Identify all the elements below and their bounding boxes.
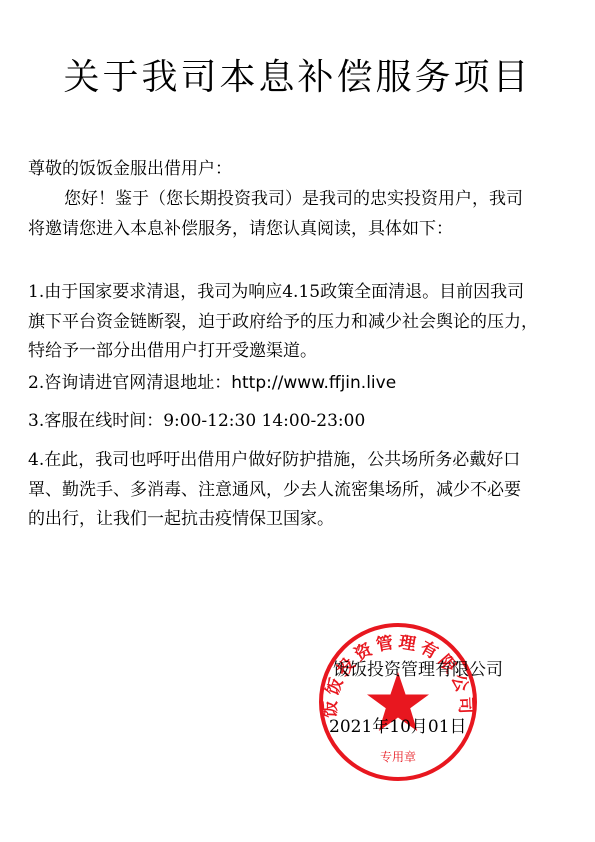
item-4-line-1: 4.在此，我司也呼吁出借用户做好防护措施，公共场所务必戴好口: [28, 446, 573, 475]
item-2: 2.咨询请进官网清退地址：http://www.ffjin.live: [28, 369, 573, 398]
item-4-line-2: 罩、勤洗手、多消毒、注意通风，少去人流密集场所，减少不必要: [28, 476, 573, 505]
item-4-line-3: 的出行，让我们一起抗击疫情保卫国家。: [28, 505, 573, 534]
salutation: 尊敬的饭饭金服出借用户：: [28, 155, 573, 184]
page-title: 关于我司本息补偿服务项目: [0, 52, 595, 104]
company-seal-icon: 饭饭投资管理有限公司 专用章: [318, 622, 478, 782]
item-1-line-3: 特给予一部分出借用户打开受邀渠道。: [28, 337, 573, 366]
item-3: 3.客服在线时间：9:00-12:30 14:00-23:00: [28, 407, 573, 436]
signature-date: 2021年10月01日: [329, 712, 467, 737]
svg-text:专用章: 专用章: [380, 749, 416, 764]
website-link[interactable]: http://www.ffjin.live: [231, 373, 396, 393]
signature-company: 饭饭投资管理有限公司: [333, 655, 503, 680]
intro-line-2: 将邀请您进入本息补偿服务，请您认真阅读，具体如下：: [28, 215, 573, 244]
item-1-line-1: 1.由于国家要求清退，我司为响应4.15政策全面清退。目前因我司: [28, 278, 573, 307]
item-2-label: 2.咨询请进官网清退地址：: [28, 373, 231, 393]
intro-line-1: 您好！鉴于（您长期投资我司）是我司的忠实投资用户，我司: [28, 185, 595, 214]
item-1-line-2: 旗下平台资金链断裂，迫于政府给予的压力和减少社会舆论的压力，: [28, 308, 573, 337]
